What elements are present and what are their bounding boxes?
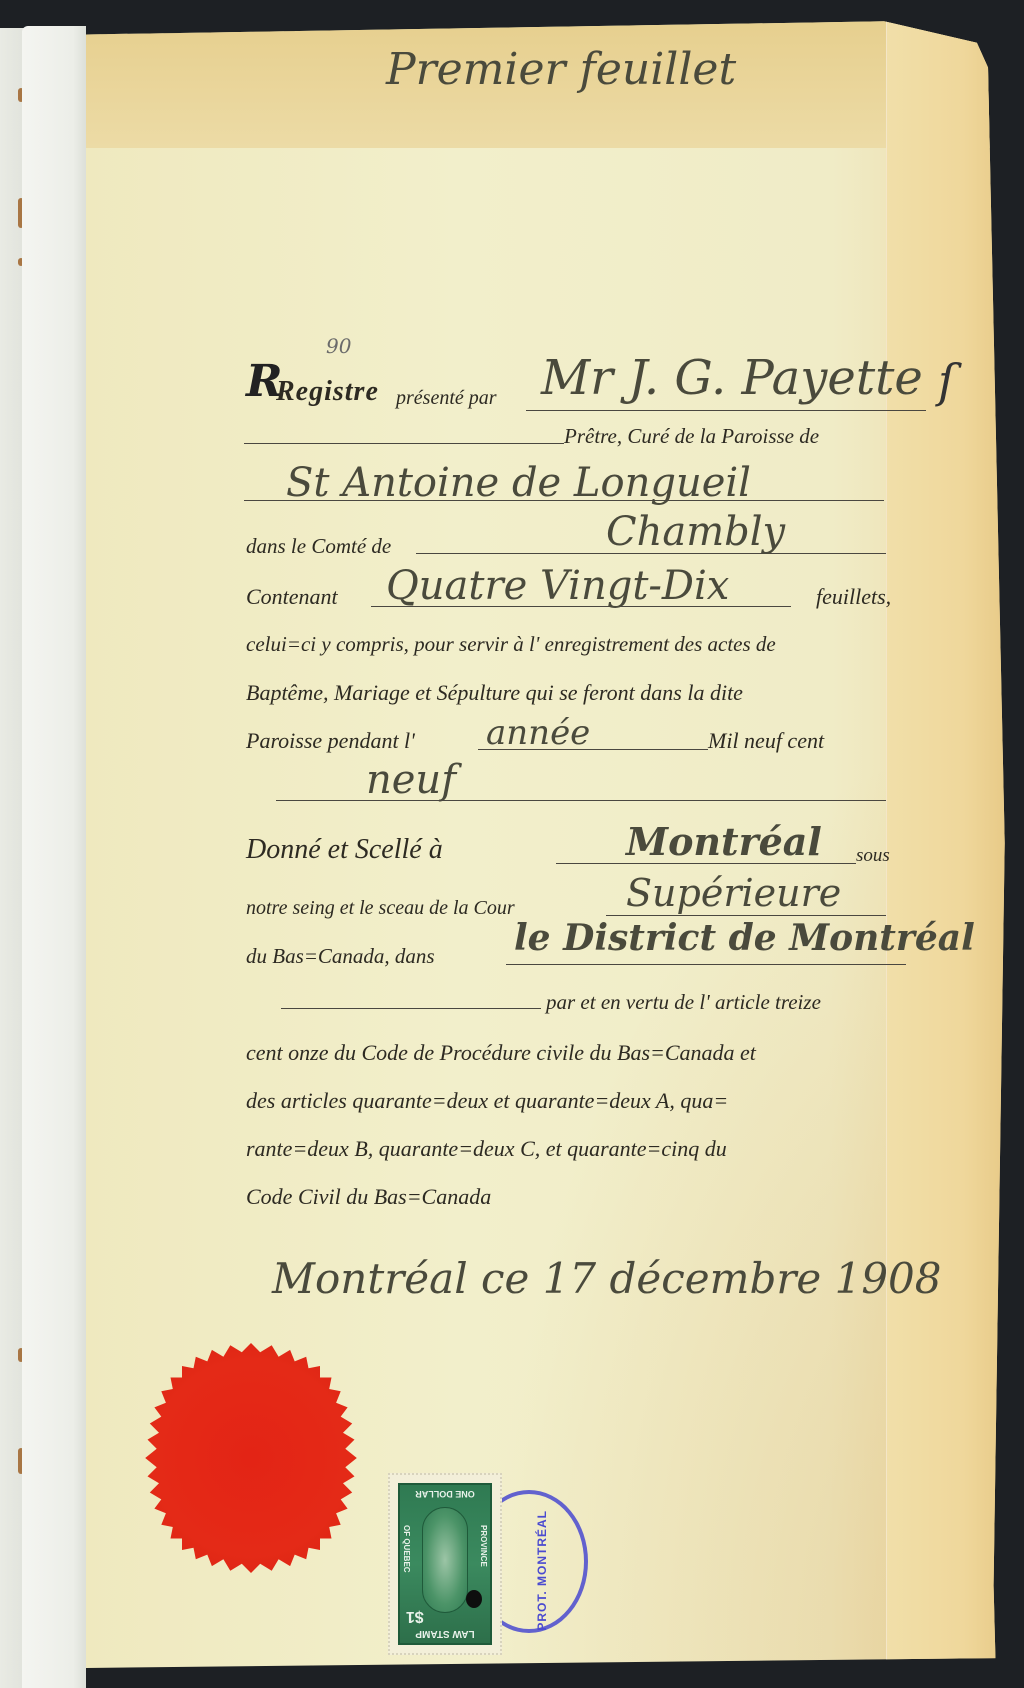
postmark-text: PROT. MONTRÉAL (535, 1510, 549, 1631)
fill-line (281, 1008, 541, 1009)
date-line: Montréal ce 17 décembre 1908 (272, 1258, 942, 1300)
leaf-count: Quatre Vingt-Dix (386, 566, 729, 606)
stamp-left-text: OF QUEBEC (402, 1525, 411, 1573)
period-label: Paroisse pendant l' (246, 730, 415, 752)
legal-text-2: des articles quarante=deux et quarante=d… (246, 1090, 728, 1112)
registre-title: Registre (276, 378, 379, 406)
parish-name: St Antoine de Longueil (286, 463, 751, 503)
year-prefix-label: Mil neuf cent (708, 730, 824, 752)
county-label: dans le Comté de (246, 536, 391, 557)
legal-text-4: Code Civil du Bas=Canada (246, 1186, 491, 1208)
document-scan: Premier feuillet 90 R Registre présenté … (0, 0, 1024, 1688)
margin-mark: ſ (938, 358, 955, 404)
fill-line (526, 410, 926, 411)
article-text: par et en vertu de l' article treize (546, 992, 821, 1013)
stamp-right-text: PROVINCE (479, 1525, 488, 1567)
court-seal-label: notre seing et le sceau de la Cour (246, 898, 515, 918)
stamp-bottom-text: LAW STAMP (400, 1628, 490, 1639)
stamp-value: $1 (406, 1607, 424, 1625)
fill-line (506, 964, 906, 965)
purpose-text-1: celui=ci y compris, pour servir à l' enr… (246, 634, 776, 655)
fill-line (606, 915, 886, 916)
legal-text-1: cent onze du Code de Procédure civile du… (246, 1042, 756, 1064)
fill-line (244, 500, 884, 501)
fill-line (244, 443, 564, 444)
presented-by-label: présenté par (396, 388, 497, 408)
stamp-portrait-icon (422, 1507, 468, 1613)
containing-label: Contenant (246, 586, 338, 608)
county-name: Chambly (606, 512, 785, 552)
fill-line (276, 800, 886, 801)
sealed-location: Montréal (626, 823, 822, 861)
year-suffix: neuf (366, 760, 456, 800)
page-number-note: 90 (326, 336, 351, 356)
given-sealed-label: Donné et Scellé à (246, 836, 443, 864)
district-name: le District de Montréal (514, 920, 975, 956)
law-stamp-face: ONE DOLLAR OF QUEBEC PROVINCE $1 LAW STA… (398, 1483, 492, 1645)
folded-right-flap (886, 18, 1015, 1668)
province-label: du Bas=Canada, dans (246, 946, 435, 967)
header-note: Premier feuillet (386, 48, 736, 92)
legal-text-3: rante=deux B, quarante=deux C, et quaran… (246, 1138, 727, 1160)
priest-name: Mr J. G. Payette (541, 354, 923, 402)
period-value: année (486, 716, 590, 750)
stamp-top-text: ONE DOLLAR (400, 1489, 490, 1499)
court-name: Supérieure (626, 874, 841, 912)
red-seal-icon (136, 1343, 366, 1573)
law-stamp: ONE DOLLAR OF QUEBEC PROVINCE $1 LAW STA… (388, 1473, 502, 1655)
under-label: sous (856, 846, 890, 865)
leaves-label: feuillets, (816, 586, 891, 608)
binding-guard-strip (22, 26, 86, 1688)
punch-hole (466, 1590, 482, 1608)
priest-title-label: Prêtre, Curé de la Paroisse de (564, 426, 819, 447)
purpose-text-2: Baptême, Mariage et Sépulture qui se fer… (246, 682, 743, 704)
